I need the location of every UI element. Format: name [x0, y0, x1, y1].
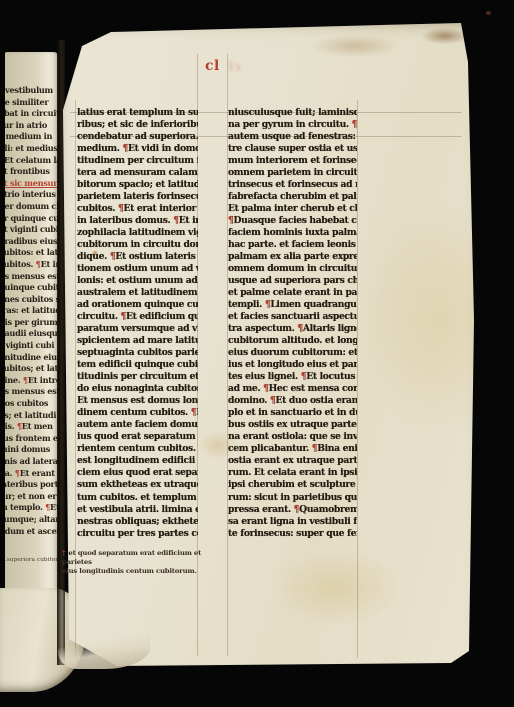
facing-page-sliver: t vestibulumue similiterabat in circuitu… — [5, 52, 58, 600]
text-line: cem plicabantur. ¶Bina enim — [228, 443, 357, 455]
facing-text-line: mini domus — [5, 444, 47, 456]
text-line: sum ektheteas ex utraque parte; cen — [77, 479, 198, 491]
text-line: tem edificii quinque cubitorum la — [77, 359, 198, 371]
manuscript-photo: t vestibulumue similiterabat in circuitu… — [0, 0, 514, 707]
text-line: latius erat templum in superio — [77, 107, 198, 119]
facing-text-line: rus frontem ei — [5, 433, 47, 445]
facing-text-line: abat in circuitu — [5, 108, 47, 120]
text-line: et vestibula atrii. limina et fe — [77, 504, 198, 516]
text-line: lonis: et ostium unum ad viam — [77, 275, 198, 287]
running-title-offset-ghost: cl — [228, 60, 241, 75]
facing-text-line: cubitos; et latitu — [5, 363, 47, 375]
facing-text-line: r viginti cubi — [5, 340, 47, 352]
text-line: tre clause super ostia et usque ad do — [228, 143, 357, 155]
text-line: bus ostiis ex utraque parte bi — [228, 419, 357, 431]
dagger-icon: † — [62, 549, 65, 557]
text-line: trinsecus et forinsecus ad mensuram — [228, 179, 357, 191]
text-line: omnem domum in circuitu de terra — [228, 263, 357, 275]
text-line: ius et longitudo eius et parie — [228, 359, 357, 371]
page-corner-curl — [58, 627, 150, 669]
text-line: sa erant ligna in vestibuli fron — [228, 516, 357, 528]
text-line: niuscuiusque fuit; laminisque lig — [228, 107, 357, 119]
text-line: titudinis per circuitum et longitu — [77, 371, 198, 383]
text-line: ostia erant ex utraque parte ostio — [228, 455, 357, 467]
facing-text-line: os; et latitudi — [5, 410, 47, 422]
facing-text-line: per domum cir — [5, 201, 47, 213]
text-line: templi. ¶Limen quadrangulum: — [228, 299, 357, 311]
text-line: spicientem ad mare latitudinis — [77, 335, 198, 347]
text-line: cubitorum altitudo. et longitudo — [228, 335, 357, 347]
text-line: et palme celate erant in pariete — [228, 287, 357, 299]
running-title: cl — [205, 58, 220, 74]
footnote: †et quod separatum erat edificium et par… — [62, 549, 222, 577]
text-line: domino. ¶Et duo ostia erant in tem — [228, 395, 357, 407]
facing-text-line: dine. ¶Et intro — [5, 375, 47, 387]
text-line: titudinem per circuitum fundata la — [77, 155, 198, 167]
facing-text-line: quinque cubitos — [5, 282, 47, 294]
dirt-speck — [486, 11, 491, 15]
facing-text-line: atrio interius — [5, 189, 47, 201]
text-line: mum interiorem et forinsecus per — [228, 155, 357, 167]
text-line: cubitorum in circuitu domus un — [77, 239, 198, 251]
text-line: dique. ¶Et ostium lateris ad ora — [77, 251, 198, 263]
facing-page-footnote: …superiora cubitorum — [5, 557, 47, 563]
facing-text-line: us mensus est — [5, 386, 47, 398]
facing-text-line: ur in atrio — [5, 120, 47, 132]
text-line: circuitu per tres partes contra u — [77, 528, 198, 540]
text-line: rum. Et celata erant in ipsis ostiis — [228, 467, 357, 479]
text-line: est longitudinem edificii contra fa — [77, 455, 198, 467]
facing-text-line: nis. ¶Et men — [5, 421, 47, 433]
facing-text-line: lateribus porte — [5, 479, 47, 491]
text-line: ipsi cherubim et sculpture palma — [228, 479, 357, 491]
text-line: paratum versumque ad viam re — [77, 323, 198, 335]
footnote-line: eius longitudinis centum cubitorum. — [62, 567, 222, 576]
facing-text-line: nis per girum — [5, 317, 47, 329]
facing-text-line: et viginti cubi — [5, 224, 47, 236]
text-line: zophilacia latitudinem viginti — [77, 227, 198, 239]
text-line: tera ad mensuram calami sex cu — [77, 167, 198, 179]
text-line: nestras obliquas; ektheteas in — [77, 516, 198, 528]
text-line: et facies sanctuarii aspectus con — [228, 311, 357, 323]
text-line: ad orationem quinque cubitos in — [77, 299, 198, 311]
facing-text-line: r medium in — [5, 131, 47, 143]
text-line: circuitu. ¶Et edificium quod erat se — [77, 311, 198, 323]
text-line: rientem centum cubitos. ¶Et metitus — [77, 443, 198, 455]
text-line: tionem ostium unum ad viam aqui — [77, 263, 198, 275]
text-line: plo et in sanctuario et in duo — [228, 407, 357, 419]
text-line: autem ante faciem domus: et e — [77, 419, 198, 431]
text-line: tes eius lignei. ¶Et locutus est — [228, 371, 357, 383]
text-line: palmam ex alia parte expressam. Per — [228, 251, 357, 263]
text-line: tum cubitos. et templum interius. — [77, 492, 198, 504]
facing-text-line: pli: et medius — [5, 143, 47, 155]
text-line: Et mensus est domus longitu — [77, 395, 198, 407]
facing-text-line: gradibus eius — [5, 236, 47, 248]
text-column-left: latius erat templum in superioribus; et … — [77, 107, 198, 540]
text-line: septuaginta cubitos paries au — [77, 347, 198, 359]
text-line: pressa erant. ¶Quamobrem et gros — [228, 504, 357, 516]
text-line: australem et latitudinem loci — [77, 287, 198, 299]
text-line: ciem eius quod erat separatum ad dor — [77, 467, 198, 479]
text-line: medium. ¶Et vidi in domo al — [77, 143, 198, 155]
facing-text-line: tur; et non er — [5, 491, 47, 503]
text-line: eius duorum cubitorum: et anguli e — [228, 347, 357, 359]
facing-text-line: cumque; altaris — [5, 514, 47, 526]
facing-text-line: ndum et ascen — [5, 526, 47, 538]
text-line: fabrefacta cherubim et palme. — [228, 191, 357, 203]
text-line: bitorum spacio; et latitudinem per — [77, 179, 198, 191]
text-line: ius quod erat separatum contra o — [77, 431, 198, 443]
facing-text-line: ue similiter — [5, 97, 47, 109]
facing-text-line: cubitos. ¶Et in — [5, 259, 47, 271]
text-line: in lateribus domus. ¶Et inter ga — [77, 215, 198, 227]
facing-text-line: t vestibulum — [5, 85, 47, 97]
facing-text-line: ua. ¶Et erant — [5, 468, 47, 480]
text-line: na erant ostiola: que se invi — [228, 431, 357, 443]
ruling-line-col2-right — [357, 100, 358, 658]
text-line: usque ad superiora pars cherubim — [228, 275, 357, 287]
text-line: rum: sicut in parietibus quoque ex — [228, 492, 357, 504]
text-line: cubitos. ¶Et erat interior domus — [77, 203, 198, 215]
text-column-right: niuscuiusque fuit; laminisque ligna per … — [228, 107, 357, 540]
text-line: tra aspectum. ¶Altaris lignei trium — [228, 323, 357, 335]
text-line: cendebatur ad superiora. et in — [77, 131, 198, 143]
text-line: na per gyrum in circuitu. ¶Terra — [228, 119, 357, 131]
text-line: faciem hominis iuxta palmam ex — [228, 227, 357, 239]
text-line: Et palma inter cherub et cherub. — [228, 203, 357, 215]
text-line: ¶Duasque facies habebat cherub. — [228, 215, 357, 227]
text-line: dinem centum cubitos. ¶Latitudo — [77, 407, 198, 419]
facing-text-line: in templo. ¶Et p — [5, 502, 47, 514]
text-line: parietem lateris forinsecus quinque — [77, 191, 198, 203]
facing-text-line: onis ad latera — [5, 456, 47, 468]
facing-text-line: us mensus est — [5, 271, 47, 283]
facing-text-line: et sic mensure — [5, 178, 47, 190]
facing-text-line: tras: et latitudi — [5, 305, 47, 317]
text-line: te forinsecus: super que fenestre — [228, 528, 357, 540]
footnote-line: †et quod separatum erat edificium et par… — [62, 549, 222, 567]
text-line: omnem parietem in circuitu in in — [228, 167, 357, 179]
facing-text-line: gnitudine eius — [5, 352, 47, 364]
text-line: hac parte. et faciem leonis iuxta — [228, 239, 357, 251]
facing-text-line: er quinque cu — [5, 213, 47, 225]
text-line: ad me. ¶Hec est mensa coram — [228, 383, 357, 395]
text-line: ribus; et sic de inferioribus as — [77, 119, 198, 131]
text-line: do eius nonaginta cubitos. — [77, 383, 198, 395]
facing-page-text: t vestibulumue similiterabat in circuitu… — [5, 85, 47, 537]
text-line: autem usque ad fenestras: et fenes — [228, 131, 357, 143]
facing-text-line: ones cubitos se — [5, 294, 47, 306]
facing-text-line: ¶Et celatum la — [5, 155, 47, 167]
facing-text-line: uos cubitos — [5, 398, 47, 410]
facing-text-line: cubitos: et lati — [5, 247, 47, 259]
facing-text-line: et frontibus — [5, 166, 47, 178]
facing-text-line: gaudii eiusque — [5, 328, 47, 340]
